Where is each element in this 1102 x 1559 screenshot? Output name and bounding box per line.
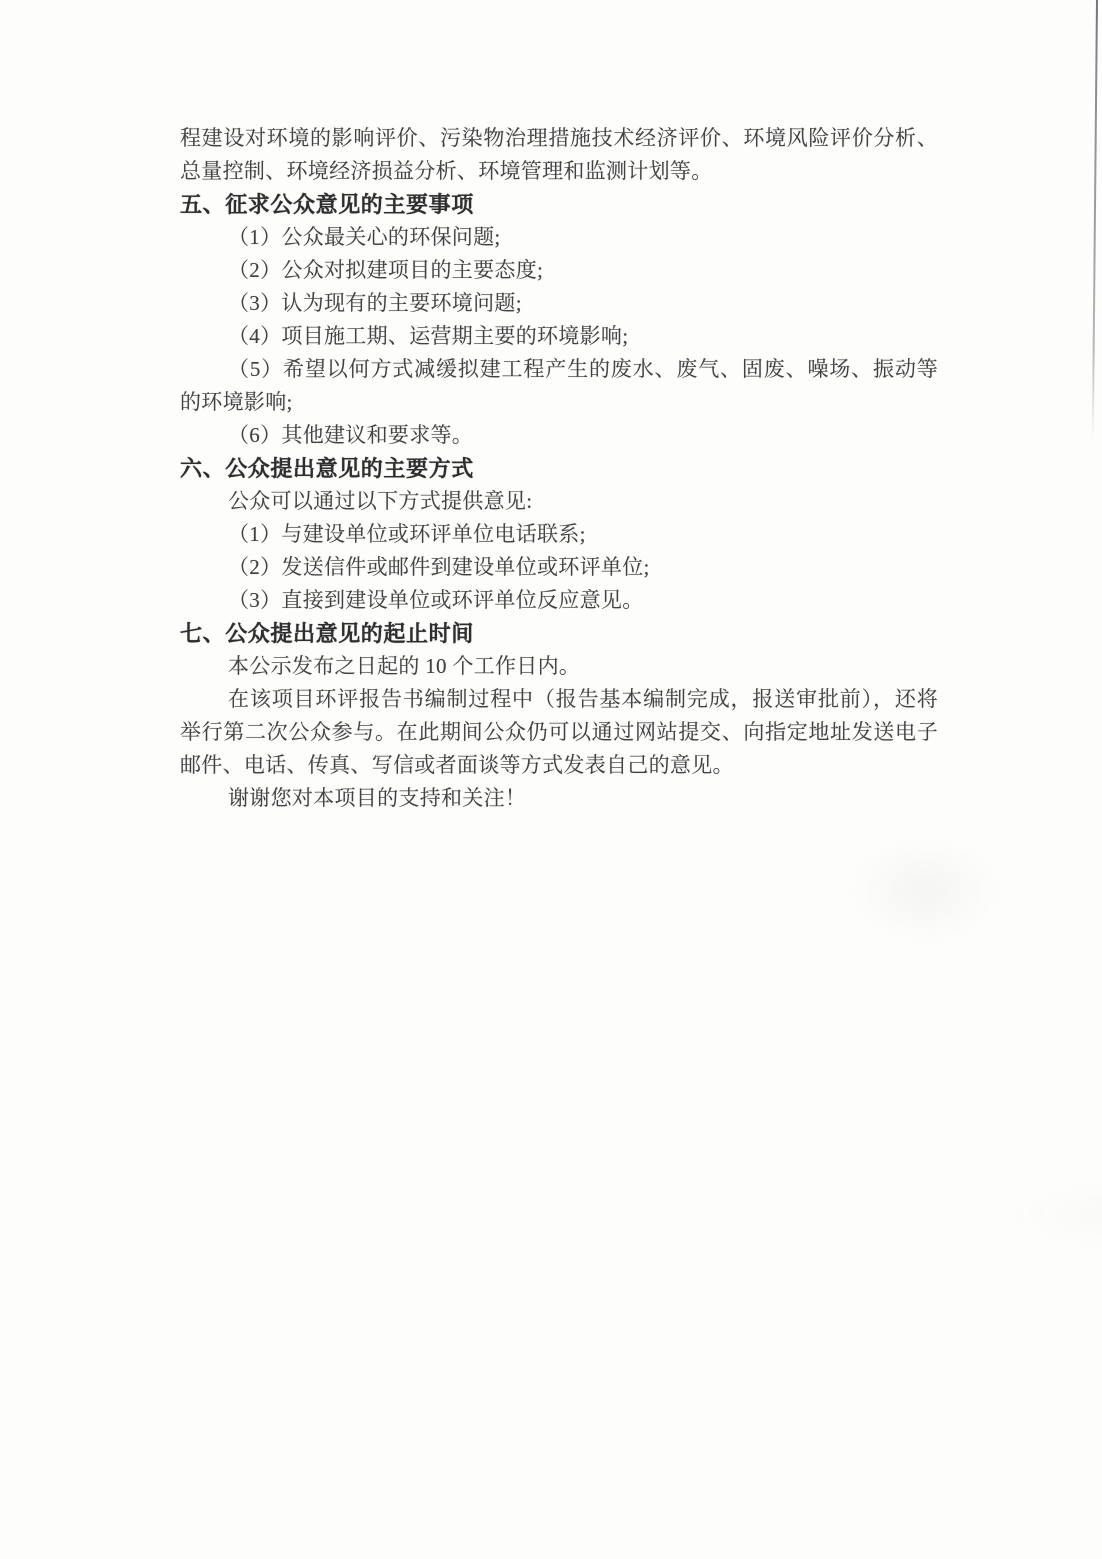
continuation-paragraph-line-2: 总量控制、环境经济损益分析、环境管理和监测计划等。 — [180, 155, 938, 188]
section-5-heading: 五、征求公众意见的主要事项 — [180, 188, 938, 221]
section-5-item-3: （3）认为现有的主要环境问题; — [180, 287, 938, 320]
section-5-item-5-line-1: （5）希望以何方式减缓拟建工程产生的废水、废气、固废、噪场、振动等 — [180, 353, 938, 386]
section-6-heading: 六、公众提出意见的主要方式 — [180, 452, 938, 485]
section-5-item-1: （1）公众最关心的环保问题; — [180, 221, 938, 254]
scan-smudge-artifact — [845, 835, 1005, 945]
section-6-item-1: （1）与建设单位或环评单位电话联系; — [180, 518, 938, 551]
section-6-intro: 公众可以通过以下方式提供意见: — [180, 485, 938, 518]
scan-smudge-artifact — [1010, 1180, 1102, 1250]
section-6-item-3: （3）直接到建设单位或环评单位反应意见。 — [180, 584, 938, 617]
section-7-paragraph-2-line-2: 举行第二次公众参与。在此期间公众仍可以通过网站提交、向指定地址发送电子 — [180, 716, 938, 749]
closing-thanks-line: 谢谢您对本项目的支持和关注！ — [180, 782, 938, 815]
section-6-item-2: （2）发送信件或邮件到建设单位或环评单位; — [180, 551, 938, 584]
section-7-heading: 七、公众提出意见的起止时间 — [180, 617, 938, 650]
section-7-paragraph-1: 本公示发布之日起的 10 个工作日内。 — [180, 650, 938, 683]
scan-edge-artifact — [1092, 0, 1098, 438]
section-5-item-2: （2）公众对拟建项目的主要态度; — [180, 254, 938, 287]
document-text-block: 程建设对环境的影响评价、污染物治理措施技术经济评价、环境风险评价分析、 总量控制… — [180, 122, 938, 815]
section-7-paragraph-2-line-1: 在该项目环评报告书编制过程中（报告基本编制完成，报送审批前），还将 — [180, 683, 938, 716]
section-5-item-4: （4）项目施工期、运营期主要的环境影响; — [180, 320, 938, 353]
document-page: 程建设对环境的影响评价、污染物治理措施技术经济评价、环境风险评价分析、 总量控制… — [0, 0, 1102, 1559]
continuation-paragraph-line-1: 程建设对环境的影响评价、污染物治理措施技术经济评价、环境风险评价分析、 — [180, 122, 938, 155]
section-7-paragraph-2-line-3: 邮件、电话、传真、写信或者面谈等方式发表自己的意见。 — [180, 749, 938, 782]
section-5-item-6: （6）其他建议和要求等。 — [180, 419, 938, 452]
section-5-item-5-line-2: 的环境影响; — [180, 386, 938, 419]
